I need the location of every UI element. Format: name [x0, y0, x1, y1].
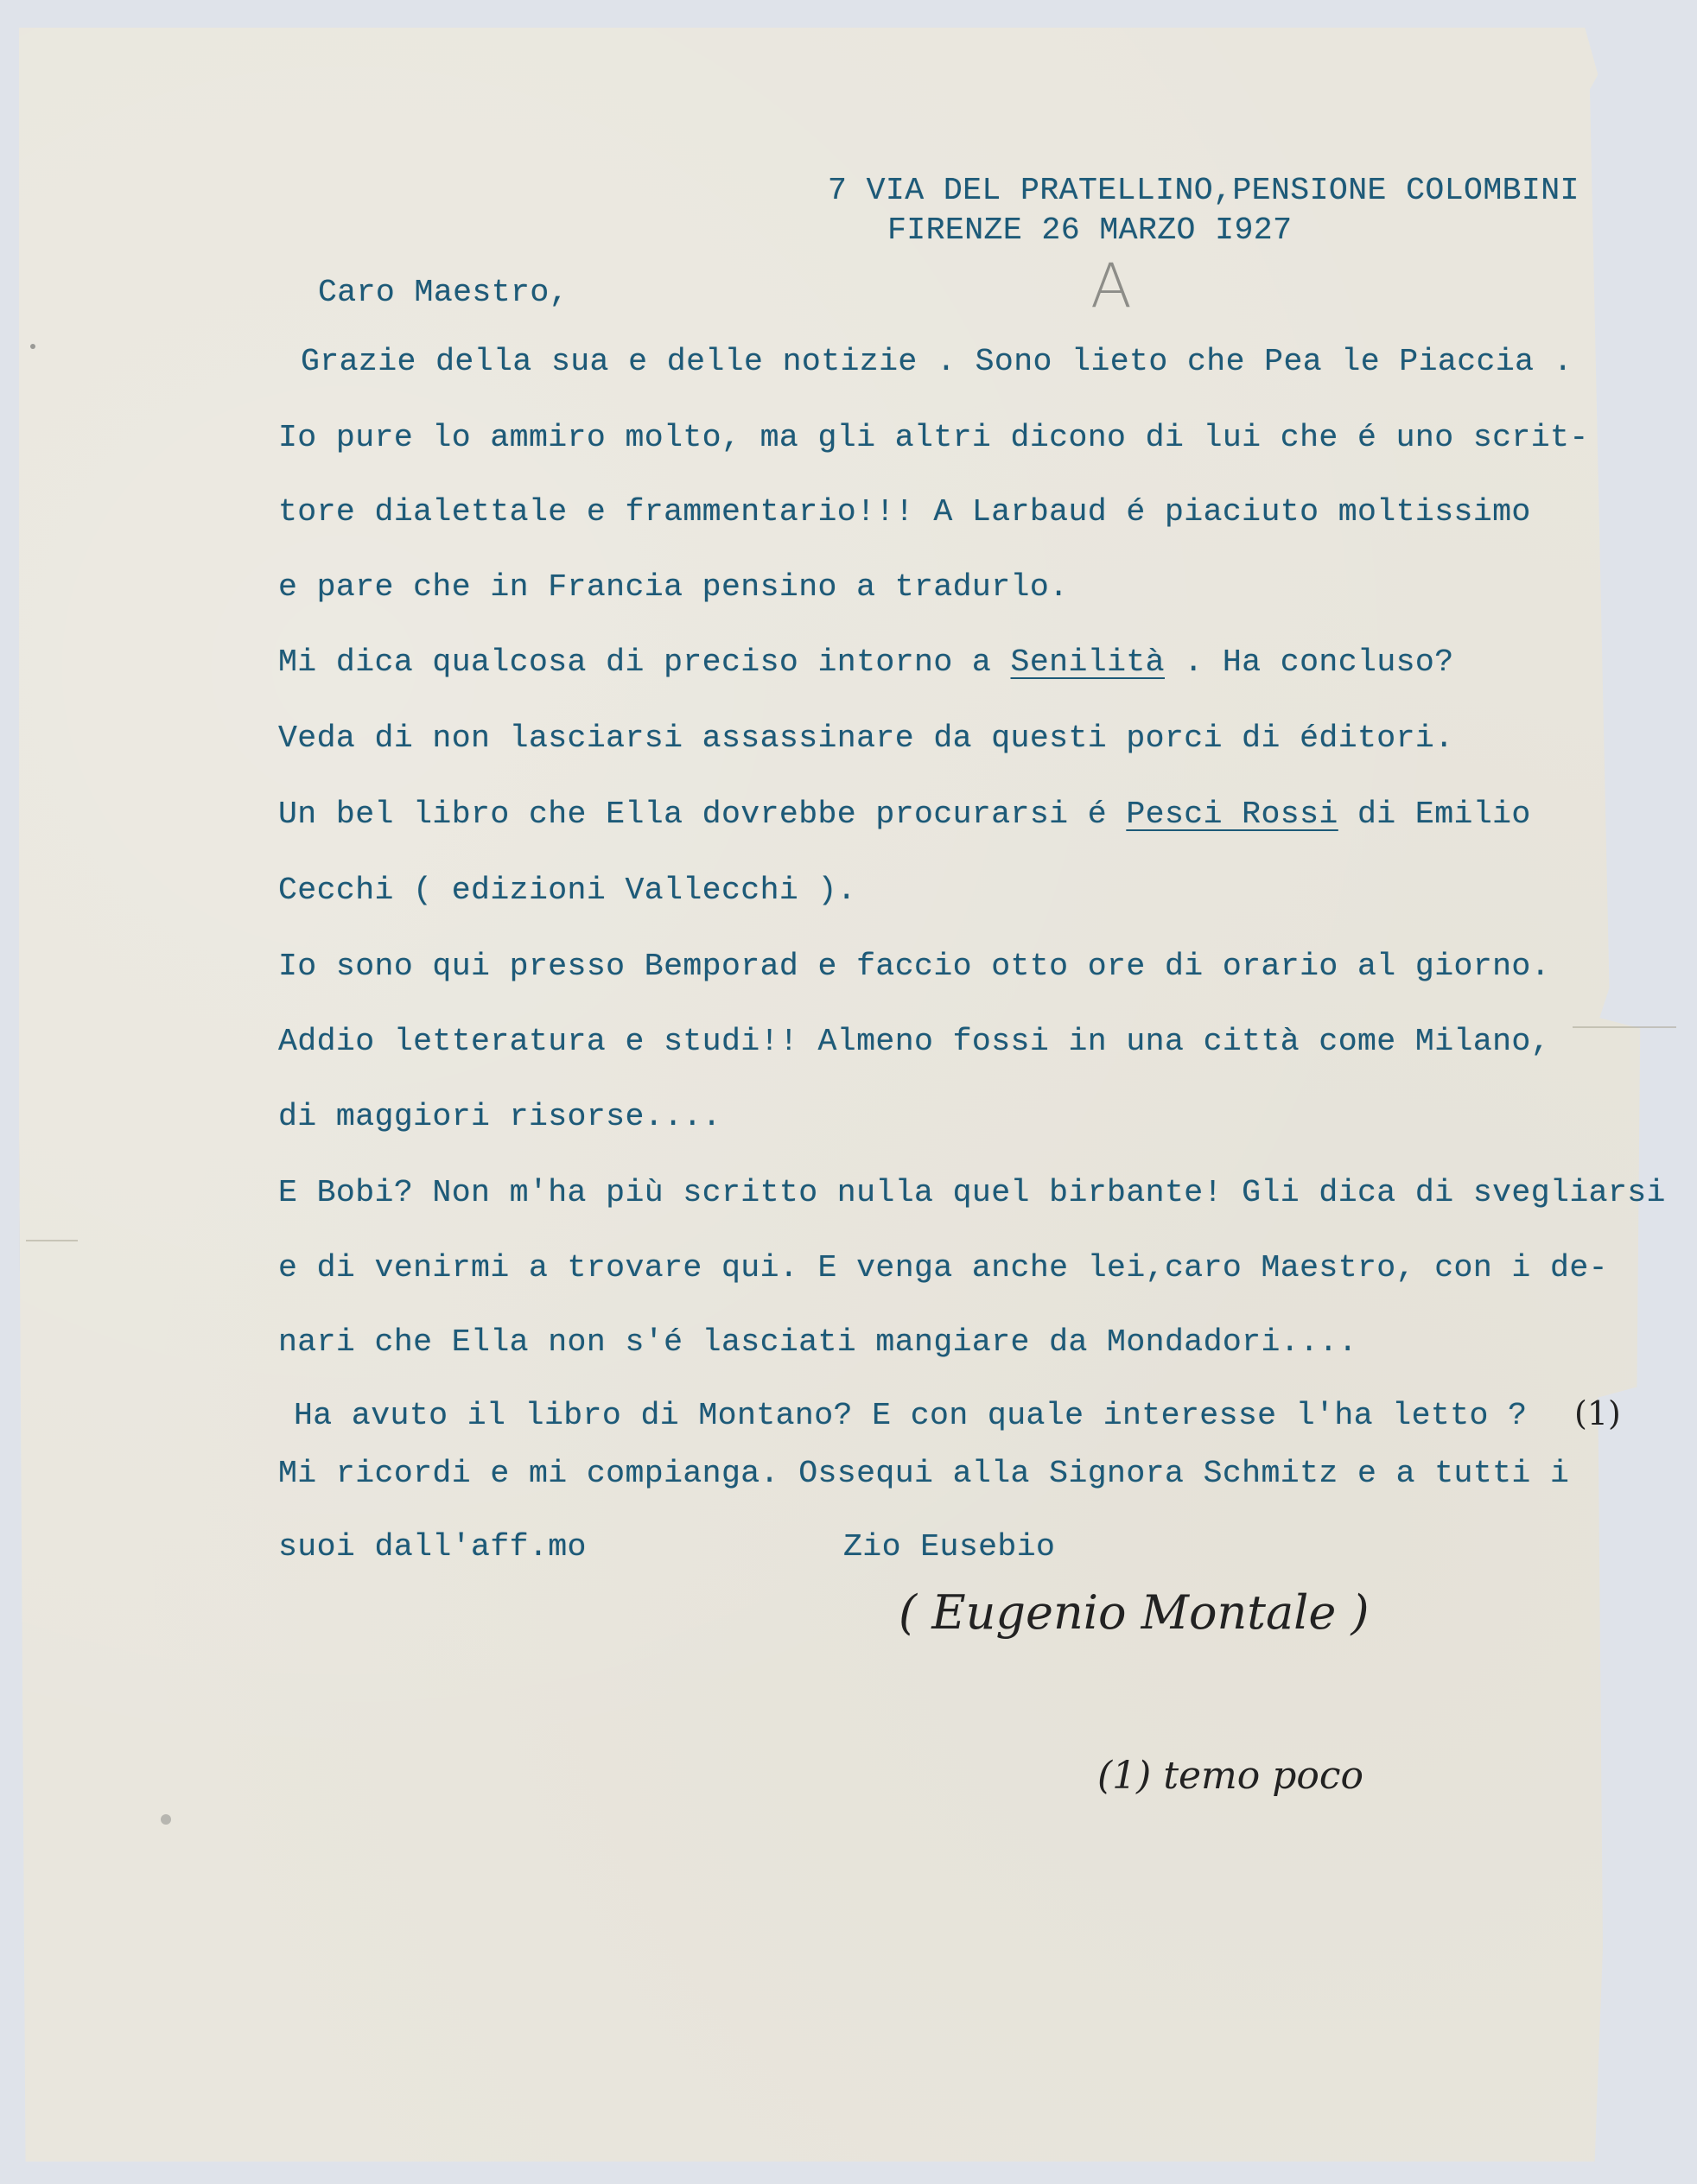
- paper-speck: [30, 344, 35, 349]
- body-text: Un bel libro che Ella dovrebbe procurars…: [278, 797, 1126, 832]
- body-line: nari che Ella non s'é lasciati mangiare …: [278, 1324, 1357, 1360]
- body-line: e di venirmi a trovare qui. E venga anch…: [278, 1250, 1608, 1286]
- body-line: Mi dica qualcosa di preciso intorno a Se…: [278, 644, 1454, 680]
- paper-speck: [161, 1814, 171, 1825]
- book-title-pesci-rossi: Pesci Rossi: [1126, 797, 1338, 832]
- body-line: Io pure lo ammiro molto, ma gli altri di…: [278, 420, 1589, 455]
- handwritten-signature: ( Eugenio Montale ): [899, 1585, 1370, 1640]
- pencil-archive-mark: A: [1090, 251, 1132, 321]
- book-title-senilita: Senilità: [1011, 644, 1165, 680]
- body-line: Veda di non lasciarsi assassinare da que…: [278, 721, 1454, 756]
- body-line: di maggiori risorse....: [278, 1099, 721, 1134]
- fold-tear-right: [1573, 1026, 1676, 1028]
- body-line: Grazie della sua e delle notizie . Sono …: [301, 344, 1573, 379]
- footnote-marker: (1): [1574, 1394, 1621, 1432]
- body-line: Ha avuto il libro di Montano? E con qual…: [294, 1398, 1527, 1433]
- body-text: di Emilio: [1338, 797, 1531, 832]
- body-line: Cecchi ( edizioni Vallecchi ).: [278, 873, 856, 908]
- body-text: Mi dica qualcosa di preciso intorno a: [278, 644, 1011, 680]
- body-line: tore dialettale e frammentario!!! A Larb…: [278, 494, 1531, 530]
- handwritten-footnote: (1) temo poco: [1097, 1754, 1363, 1798]
- body-line: e pare che in Francia pensino a tradurlo…: [278, 569, 1068, 605]
- body-line: Addio letteratura e studi!! Almeno fossi…: [278, 1024, 1550, 1059]
- body-line: E Bobi? Non m'ha più scritto nulla quel …: [278, 1175, 1666, 1210]
- fold-tear-left: [26, 1240, 78, 1241]
- body-line: Mi ricordi e mi compianga. Ossequi alla …: [278, 1456, 1569, 1491]
- body-text: . Ha concluso?: [1165, 644, 1454, 680]
- date-line: FIRENZE 26 MARZO I927: [887, 213, 1292, 248]
- salutation: Caro Maestro,: [318, 275, 569, 310]
- body-line: suoi dall'aff.mo: [278, 1529, 587, 1565]
- body-line: Io sono qui presso Bemporad e faccio ott…: [278, 949, 1550, 984]
- body-line: Un bel libro che Ella dovrebbe procurars…: [278, 797, 1531, 832]
- address-line: 7 VIA DEL PRATELLINO,PENSIONE COLOMBINI: [828, 173, 1579, 208]
- closing-name: Zio Eusebio: [843, 1529, 1055, 1565]
